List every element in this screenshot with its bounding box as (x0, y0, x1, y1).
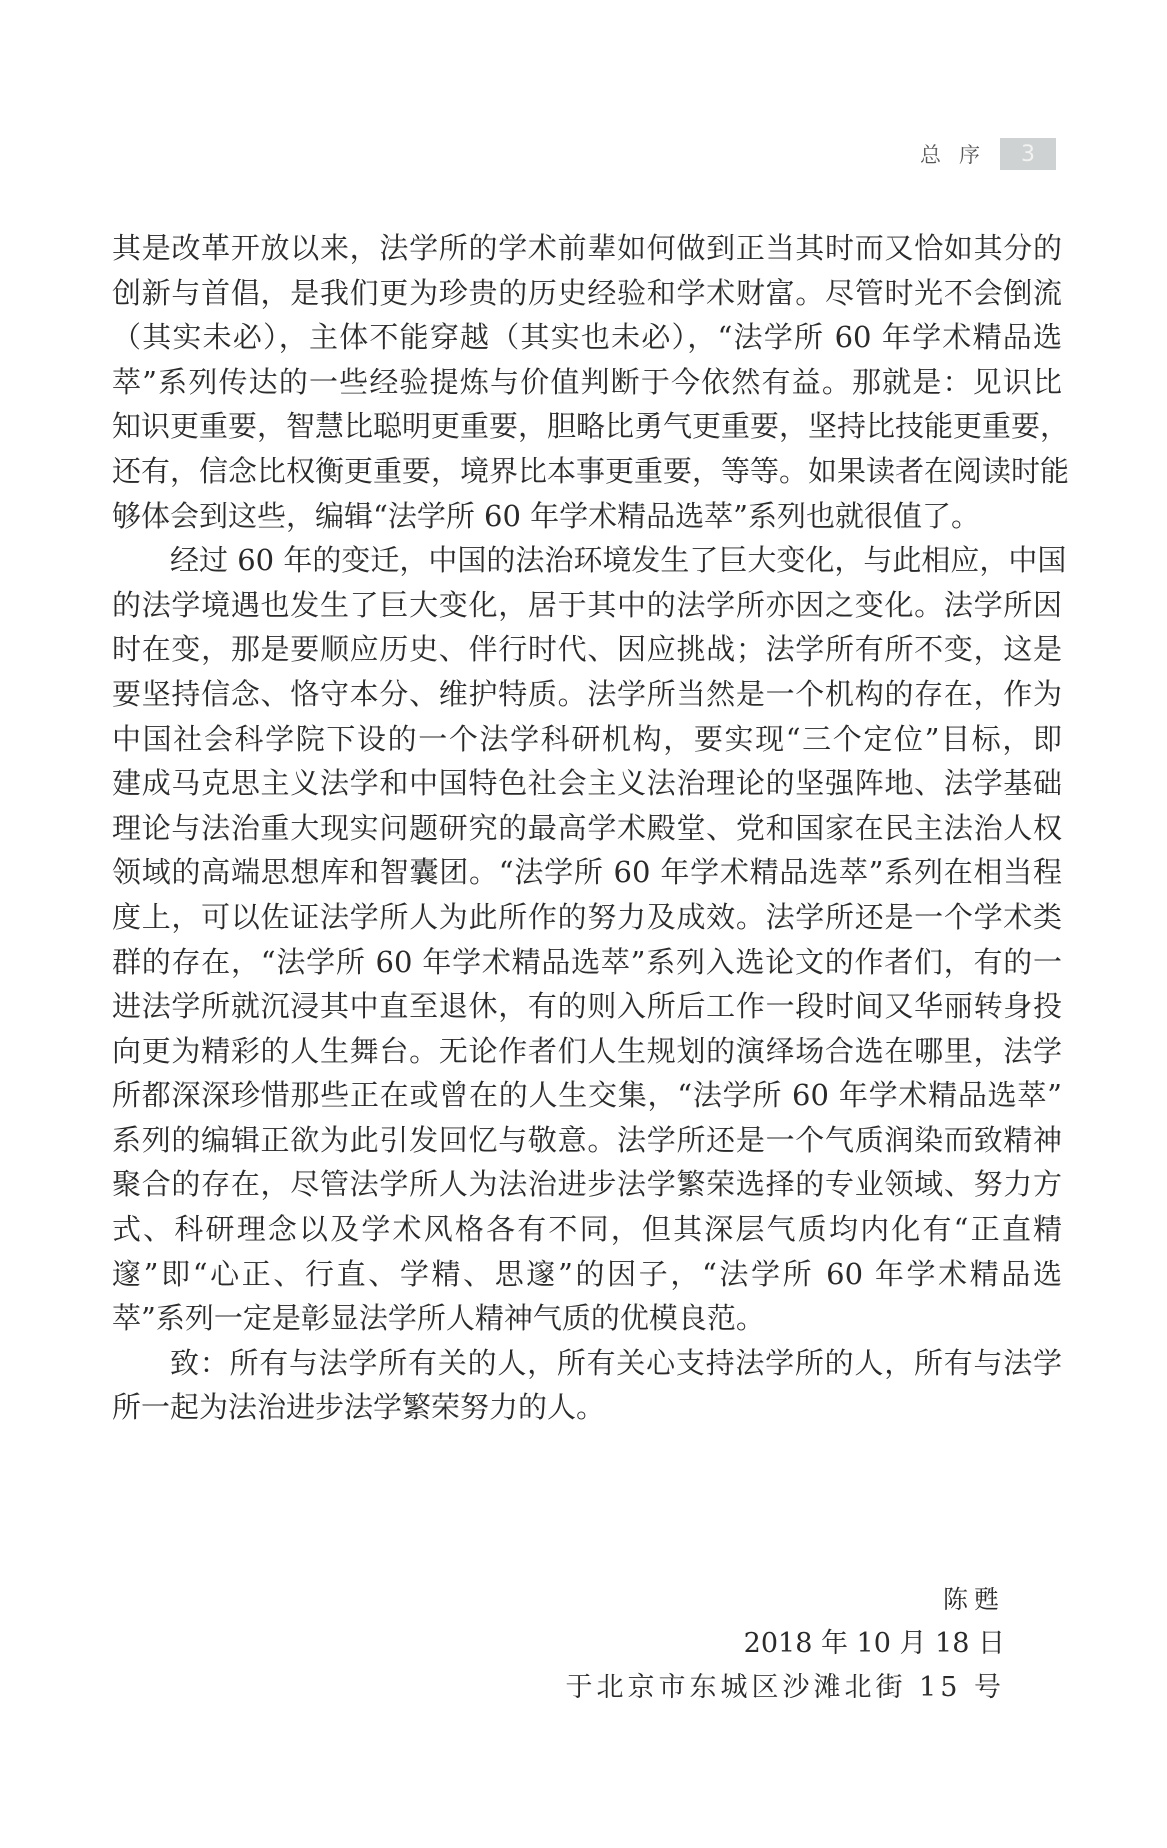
text-line: 够体会到这些，编辑“法学所 60 年学术精品选萃”系列也就很值了。 (112, 494, 1062, 539)
text-line: 领域的高端思想库和智囊团。“法学所 60 年学术精品选萃”系列在相当程 (112, 850, 1062, 895)
text-line: 聚合的存在，尽管法学所人为法治进步法学繁荣选择的专业领域、努力方 (112, 1162, 1062, 1207)
text-line: 其是改革开放以来，法学所的学术前辈如何做到正当其时而又恰如其分的 (112, 226, 1062, 271)
text-line: 创新与首倡，是我们更为珍贵的历史经验和学术财富。尽管时光不会倒流 (112, 271, 1062, 316)
text-line: 要坚持信念、恪守本分、维护特质。法学所当然是一个机构的存在，作为 (112, 672, 1062, 717)
text-line: 经过 60 年的变迁，中国的法治环境发生了巨大变化，与此相应，中国 (112, 538, 1062, 583)
text-line: 萃”系列传达的一些经验提炼与价值判断于今依然有益。那就是：见识比 (112, 360, 1062, 405)
text-line: 所都深深珍惜那些正在或曾在的人生交集，“法学所 60 年学术精品选萃” (112, 1073, 1062, 1118)
signature-date: 2018 年 10 月 18 日 (565, 1622, 1005, 1666)
signature-block: 陈甦 2018 年 10 月 18 日 于北京市东城区沙滩北街 15 号 (565, 1578, 1005, 1710)
text-line: 时在变，那是要顺应历史、伴行时代、因应挑战；法学所有所不变，这是 (112, 627, 1062, 672)
text-line: 所一起为法治进步法学繁荣努力的人。 (112, 1385, 1062, 1430)
text-line: （其实未必），主体不能穿越（其实也未必），“法学所 60 年学术精品选 (112, 315, 1062, 360)
text-line: 度上，可以佐证法学所人为此所作的努力及成效。法学所还是一个学术类 (112, 895, 1062, 940)
text-line: 群的存在，“法学所 60 年学术精品选萃”系列入选论文的作者们，有的一 (112, 940, 1062, 985)
text-line: 向更为精彩的人生舞台。无论作者们人生规划的演绎场合选在哪里，法学 (112, 1029, 1062, 1074)
text-line: 致：所有与法学所有关的人，所有关心支持法学所的人，所有与法学 (112, 1341, 1062, 1386)
signature-place: 于北京市东城区沙滩北街 15 号 (565, 1666, 1005, 1710)
running-head-title: 总序 (920, 139, 998, 169)
body-text: 其是改革开放以来，法学所的学术前辈如何做到正当其时而又恰如其分的 创新与首倡，是… (112, 226, 1062, 1430)
text-line: 还有，信念比权衡更重要，境界比本事更重要，等等。如果读者在阅读时能 (112, 449, 1062, 494)
text-line: 式、科研理念以及学术风格各有不同，但其深层气质均内化有“正直精 (112, 1207, 1062, 1252)
running-head: 总序 3 (920, 137, 1056, 171)
page-number-badge: 3 (1000, 138, 1056, 170)
text-line: 中国社会科学院下设的一个法学科研机构，要实现“三个定位”目标，即 (112, 717, 1062, 762)
author-name: 陈甦 (565, 1578, 1005, 1622)
text-line: 邃”即“心正、行直、学精、思邃”的因子，“法学所 60 年学术精品选 (112, 1252, 1062, 1297)
text-line: 系列的编辑正欲为此引发回忆与敬意。法学所还是一个气质润染而致精神 (112, 1118, 1062, 1163)
text-line: 萃”系列一定是彰显法学所人精神气质的优模良范。 (112, 1296, 1062, 1341)
paragraph-2: 经过 60 年的变迁，中国的法治环境发生了巨大变化，与此相应，中国 的法学境遇也… (112, 538, 1062, 1341)
text-line: 的法学境遇也发生了巨大变化，居于其中的法学所亦因之变化。法学所因 (112, 583, 1062, 628)
text-line: 建成马克思主义法学和中国特色社会主义法治理论的坚强阵地、法学基础 (112, 761, 1062, 806)
paragraph-3: 致：所有与法学所有关的人，所有关心支持法学所的人，所有与法学 所一起为法治进步法… (112, 1341, 1062, 1430)
text-line: 知识更重要，智慧比聪明更重要，胆略比勇气更重要，坚持比技能更重要， (112, 404, 1062, 449)
text-line: 理论与法治重大现实问题研究的最高学术殿堂、党和国家在民主法治人权 (112, 806, 1062, 851)
text-line: 进法学所就沉浸其中直至退休，有的则入所后工作一段时间又华丽转身投 (112, 984, 1062, 1029)
paragraph-1: 其是改革开放以来，法学所的学术前辈如何做到正当其时而又恰如其分的 创新与首倡，是… (112, 226, 1062, 538)
